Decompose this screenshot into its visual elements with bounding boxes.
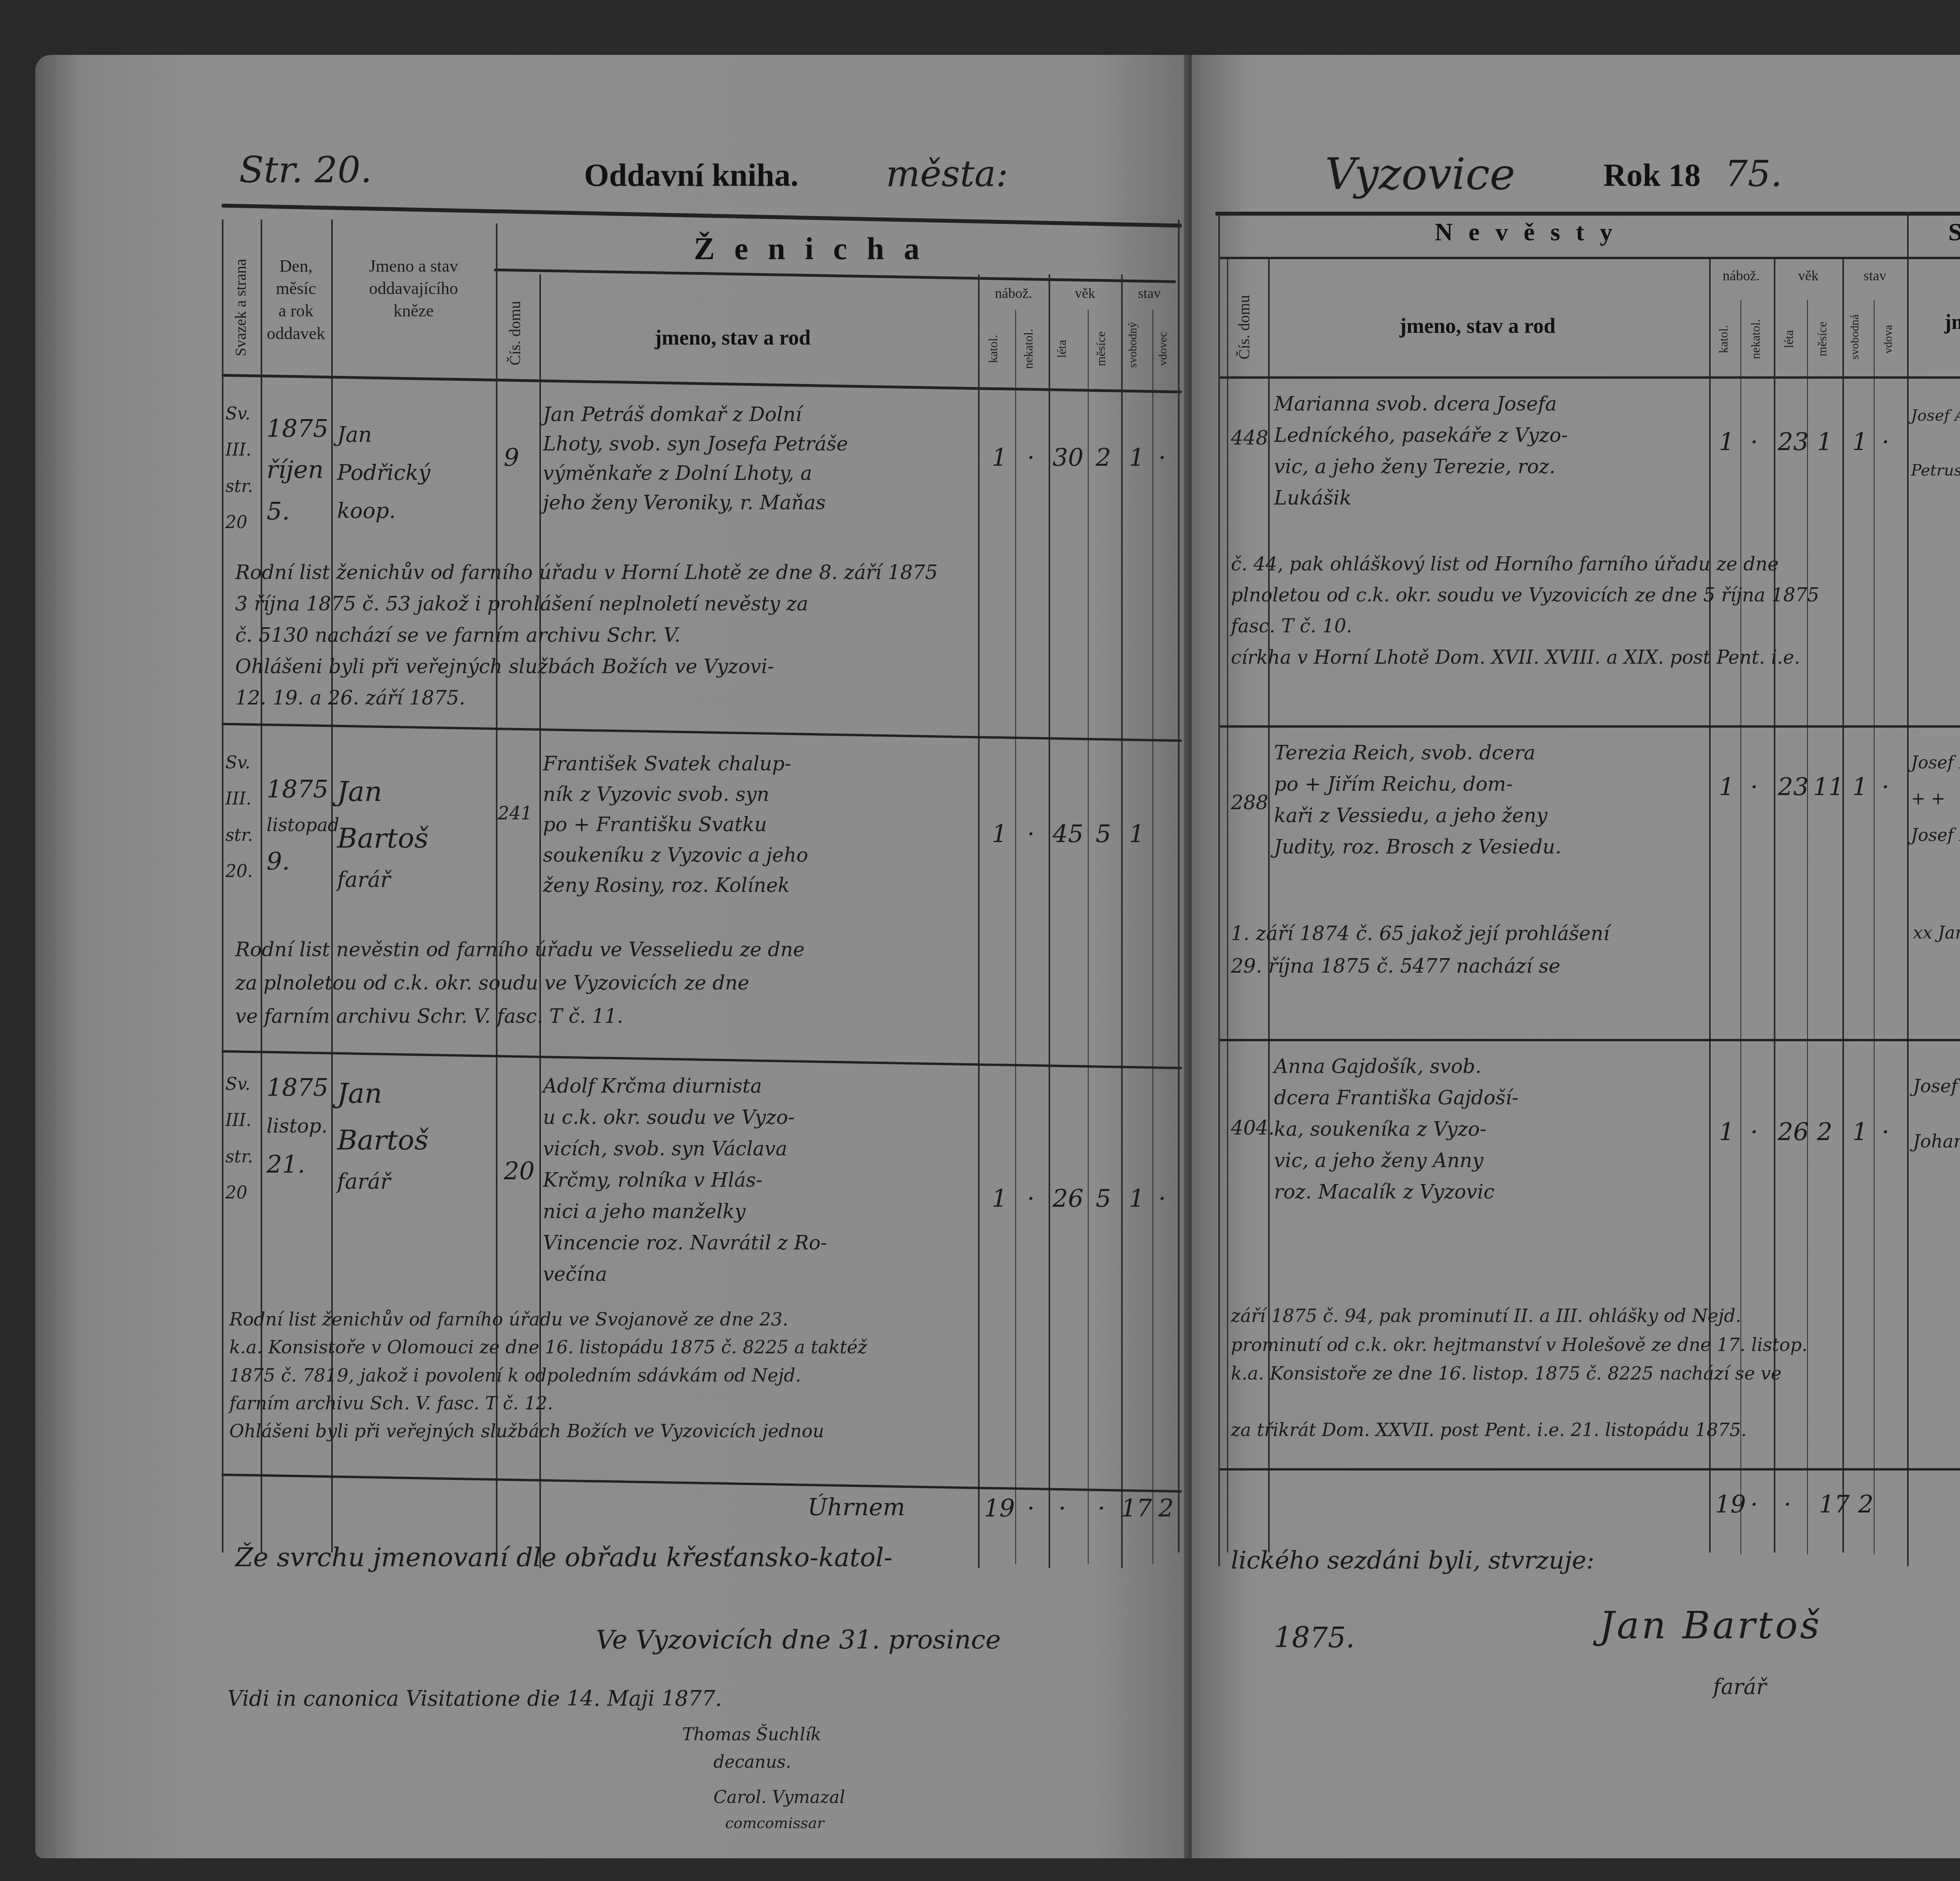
note-line: farním archivu Sch. V. fasc. T č. 12. (229, 1389, 867, 1417)
header-line: a rok (263, 300, 329, 322)
priest-line: Jan (337, 768, 428, 815)
totals-leta: · (1058, 1490, 1066, 1526)
record-3-mesice: 5 (1096, 1180, 1111, 1216)
record-3-leta: 26 (1053, 1180, 1083, 1216)
note-line: prominutí od c.k. okr. hejtmanství v Hol… (1231, 1331, 1808, 1360)
col-header-vdova: vdova (1882, 306, 1895, 372)
header-line: oddavajícího (333, 277, 494, 300)
record-3-groom: Adolf Krčma diurnista u c.k. okr. soudu … (543, 1070, 827, 1290)
bride-line: po + Jiřím Reichu, dom- (1274, 768, 1561, 800)
record-divider (1219, 1039, 1960, 1041)
date-line: 5. (267, 490, 328, 532)
col-header-katol: katol. (1716, 306, 1731, 372)
record-1-notes: Rodní list ženichův od farního úřadu v H… (235, 557, 938, 714)
priest-line: Jan (337, 1070, 428, 1117)
bride-3-vdova: · (1882, 1113, 1889, 1150)
bride-line: vic, a jeho ženy Anny (1274, 1145, 1518, 1176)
col-header-nekatol: nekatol. (1021, 318, 1036, 380)
note-line: fasc. T č. 10. (1231, 611, 1819, 642)
visitation-cosigner: Carol. Vymazal (713, 1784, 845, 1811)
svazek-line: str. (225, 817, 253, 853)
note-line: září 1875 č. 94, pak prominutí II. a III… (1231, 1302, 1808, 1331)
col-header-age: věk (1775, 267, 1842, 285)
groom-header: Ženicha (694, 231, 939, 267)
bride-3-svobodna: 1 (1852, 1113, 1867, 1150)
record-1-svobodny: 1 (1129, 439, 1144, 476)
priest-line: Bartoš (337, 815, 428, 862)
bride-line: Lukášik (1274, 482, 1568, 514)
header-line: kněze (333, 300, 494, 322)
col-line (1874, 300, 1875, 1554)
note-line: č. 5130 nachází se ve farním archivu Sch… (235, 619, 938, 651)
witness-name: Josef Angelly (1911, 400, 1960, 431)
col-header-vdovec: vdovec (1156, 318, 1170, 380)
col-header-religion: nábož. (979, 284, 1048, 303)
svazek-line: 20 (225, 1175, 253, 1211)
bride-2-vdova: · (1882, 768, 1889, 805)
date-line: 1875 (267, 768, 339, 810)
note-line: č. 44, pak ohláškový list od Horního far… (1231, 549, 1819, 580)
groom-line: ník z Vyzovic svob. syn (543, 779, 808, 810)
register-title-handwritten: města: (886, 153, 1008, 195)
bride-header: Nevěsty (1435, 218, 1628, 247)
bride-line: Judity, roz. Brosch z Vesiedu. (1274, 831, 1561, 862)
page-reference: Str. 20. (239, 149, 372, 191)
visitation-note: Vidi in canonica Visitatione die 14. Maj… (227, 1682, 722, 1716)
totals-label: Úhrnem (808, 1490, 905, 1525)
priest-line: koop. (337, 492, 430, 530)
totals-mesice: 17 (1819, 1486, 1850, 1522)
bride-line: vic, a jeho ženy Terezie, roz. (1274, 451, 1568, 482)
bride-1-svobodna: 1 (1852, 423, 1867, 460)
col-line (1227, 259, 1228, 1552)
bride-3-name: Anna Gajdošík, svob. dcera Františka Gaj… (1274, 1051, 1518, 1207)
date-line: listopad (267, 810, 339, 840)
record-2-notes: Rodní list nevěstin od farního úřadu ve … (235, 933, 805, 1033)
record-1-leta: 30 (1053, 439, 1083, 476)
bride-3-leta: 26 (1778, 1113, 1809, 1150)
col-header-nekatol: nekatol. (1748, 306, 1763, 372)
col-header-status: stav (1122, 284, 1177, 303)
record-1-date: 1875 říjen 5. (267, 408, 328, 532)
bride-2-signature-note: xx Jan Podřický podpisatel. (1913, 917, 1960, 948)
note-line: plnoletou od c.k. okr. soudu ve Vyzovicí… (1231, 580, 1819, 611)
totals-vdovec: 2 (1158, 1490, 1174, 1526)
date-line: 9. (267, 841, 339, 882)
col-header-katol: katol. (986, 318, 1000, 380)
record-3-date: 1875 listop. 21. (267, 1066, 328, 1186)
col-header-mesice: měsíce (1815, 306, 1829, 372)
bride-1-vdova: · (1882, 423, 1889, 460)
bride-1-name: Marianna svob. dcera Josefa Ledníckého, … (1274, 388, 1568, 514)
col-header-religion: nábož. (1710, 267, 1773, 285)
bride-2-mesice: 11 (1813, 768, 1844, 805)
note-line: Rodní list ženichův od farního úřadu v H… (235, 557, 938, 588)
svazek-line: str. (225, 468, 253, 505)
place-name: Vyzovice (1325, 149, 1515, 199)
visitation-signer: Thomas Šuchlík (682, 1721, 821, 1748)
record-1-mesice: 2 (1096, 439, 1111, 476)
record-2-house: 241 (498, 800, 532, 827)
witness-name: Petrus Franziszak (1911, 455, 1960, 486)
date-line: listop. (267, 1109, 328, 1144)
record-3-katol: 1 (992, 1180, 1007, 1216)
totals-katol: 19 (984, 1490, 1015, 1526)
svazek-line: Sv. (225, 745, 253, 781)
record-3-notes: Rodní list ženichův od farního úřadu ve … (229, 1305, 867, 1445)
totals-nekatol: · (1750, 1486, 1758, 1522)
header-line: Jmeno a stav (333, 255, 494, 277)
col-header-svobodny: svobodný (1126, 310, 1140, 380)
date-line: 21. (267, 1143, 328, 1186)
witness-name: Johann Svornal (1913, 1122, 1960, 1161)
record-3-svobodny: 1 (1129, 1180, 1144, 1216)
svazek-line: III. (225, 781, 253, 817)
bride-1-nekatol: · (1750, 423, 1758, 460)
bride-line: Terezia Reich, svob. dcera (1274, 737, 1561, 768)
bride-2-witnesses: Josef Mikala + + + Josef Maršena (1911, 745, 1960, 853)
priest-line: farář (337, 862, 428, 898)
svazek-line: Sv. (225, 1066, 253, 1102)
col-header-svobodna: svobodná (1848, 302, 1862, 372)
totals-leta: · (1784, 1486, 1791, 1522)
groom-line: Vincencie roz. Navrátil z Ro- (543, 1227, 827, 1258)
bride-line: kaři z Vessiedu, a jeho ženy (1274, 800, 1561, 831)
header-line: Den, měsíc (263, 255, 329, 300)
record-2-leta: 45 (1053, 815, 1083, 852)
note-line: za třikrát Dom. XXVII. post Pent. i.e. 2… (1231, 1416, 1808, 1445)
col-header-age: věk (1050, 284, 1120, 303)
col-header-leta: léta (1054, 318, 1069, 380)
groom-line: jeho ženy Veroniky, r. Maňas (543, 488, 848, 517)
note-line: 12. 19. a 26. září 1875. (235, 682, 938, 714)
totals-mesice: · (1098, 1490, 1105, 1526)
totals-svobodny: 17 (1121, 1490, 1152, 1526)
note-line: 1. září 1874 č. 65 jakož její prohlášení (1231, 917, 1610, 950)
note-line: Rodní list ženichův od farního úřadu ve … (229, 1305, 867, 1333)
groom-line: po + Františku Svatku (543, 810, 808, 840)
record-2-svobodny: 1 (1129, 815, 1144, 852)
record-divider (1219, 1468, 1960, 1471)
col-header-status: stav (1844, 267, 1906, 285)
year-label: Rok 18 (1603, 157, 1700, 194)
visitation-signer-title: decanus. (713, 1748, 791, 1776)
bride-3-nekatol: · (1750, 1113, 1758, 1150)
bride-2-name: Terezia Reich, svob. dcera po + Jiřím Re… (1274, 737, 1561, 862)
col-header-house: Čís. domu (1235, 282, 1253, 372)
table-top-rule (1215, 212, 1960, 216)
record-2-katol: 1 (992, 815, 1007, 852)
priest-line: Podřický (337, 454, 430, 492)
bride-2-house: 288 (1231, 788, 1268, 817)
record-1-katol: 1 (992, 439, 1007, 476)
col-line (222, 220, 223, 1552)
groom-line: Lhoty, svob. syn Josefa Petráše (543, 429, 848, 459)
priest-line: farář (337, 1164, 428, 1200)
bride-line: Ledníckého, pasekáře z Vyzo- (1274, 419, 1568, 451)
priest-signature-title: farář (1713, 1670, 1766, 1704)
groom-line: vicích, svob. syn Václava (543, 1133, 827, 1164)
date-line: 1875 (267, 1066, 328, 1109)
record-1-groom: Jan Petráš domkař z Dolní Lhoty, svob. s… (543, 400, 848, 517)
note-line: Rodní list nevěstin od farního úřadu ve … (235, 933, 805, 966)
bride-2-svobodna: 1 (1852, 768, 1867, 805)
svazek-line: Sv. (225, 396, 253, 432)
register-title: Oddavní kniha. (584, 157, 799, 194)
groom-line: u c.k. okr. soudu ve Vyzo- (543, 1102, 827, 1133)
groom-line: Adolf Krčma diurnista (543, 1070, 827, 1102)
col-header-house: Čís. domu (506, 290, 524, 376)
groom-line: nici a jeho manželky (543, 1196, 827, 1227)
col-header-witness-name: jmeno (1944, 310, 1960, 334)
note-line: Ohlášeni byli při veřejných službách Bož… (235, 651, 938, 682)
note-line: 3 října 1875 č. 53 jakož i prohlášení ne… (235, 588, 938, 619)
date-line: 1875 (267, 408, 328, 449)
col-line (1152, 310, 1153, 1564)
totals-svobodna: 2 (1858, 1486, 1873, 1522)
bride-3-witnesses: Josef Zofia Johann Svornal (1913, 1066, 1960, 1161)
witness-header: Svědkův (1948, 218, 1960, 247)
record-3-priest: Jan Bartoš farář (337, 1070, 428, 1200)
record-3-nekatol: · (1027, 1180, 1035, 1216)
record-3-house: 20 (504, 1153, 535, 1189)
record-3-svazek: Sv. III. str. 20 (225, 1066, 253, 1211)
col-line (1842, 259, 1844, 1552)
header-line: oddavek (263, 322, 329, 345)
col-line (1121, 274, 1123, 1568)
bride-1-house: 448 (1231, 423, 1268, 453)
book-spread: Str. 20. Oddavní kniha. města: Ženicha S… (0, 0, 1960, 1881)
col-line (1907, 214, 1909, 1566)
col-header-leta: léta (1782, 306, 1796, 372)
bride-line: roz. Macalík z Vyzovic (1274, 1176, 1518, 1207)
svazek-line: III. (225, 432, 253, 468)
col-line (1218, 214, 1220, 1566)
note-line: církha v Horní Lhotě Dom. XVII. XVIII. a… (1231, 642, 1819, 673)
record-1-nekatol: · (1027, 439, 1035, 476)
note-line: ve farním archivu Schr. V. fasc. T č. 11… (235, 1000, 805, 1033)
groom-line: výměnkaře z Dolní Lhoty, a (543, 459, 848, 488)
priest-line: Jan (337, 416, 430, 454)
record-1-priest: Jan Podřický koop. (337, 416, 430, 530)
totals-nekatol: · (1027, 1490, 1035, 1526)
bride-3-notes: září 1875 č. 94, pak prominutí II. a III… (1231, 1302, 1808, 1444)
record-divider (1219, 725, 1960, 728)
bride-2-notes: 1. září 1874 č. 65 jakož její prohlášení… (1231, 917, 1610, 982)
svazek-line: III. (225, 1102, 253, 1138)
svazek-line: str. (225, 1139, 253, 1175)
closing-date-left: Ve Vyzovicích dne 31. prosince (596, 1619, 1001, 1661)
note-line: k.a. Konsistoře v Olomouci ze dne 16. li… (229, 1333, 867, 1361)
col-header-name: jmeno, stav a rod (655, 325, 811, 350)
bride-2-katol: 1 (1719, 768, 1734, 805)
bride-1-witnesses: Josef Angelly Petrus Franziszak (1911, 400, 1960, 486)
record-2-priest: Jan Bartoš farář (337, 768, 428, 898)
record-1-house: 9 (504, 439, 519, 476)
bride-line: Marianna svob. dcera Josefa (1274, 388, 1568, 419)
note-line: 29. října 1875 č. 5477 nachází se (1231, 950, 1610, 982)
record-3-vdovec: · (1158, 1180, 1166, 1216)
bride-3-katol: 1 (1719, 1113, 1734, 1150)
visitation-cosigner-title: comcomissar (725, 1811, 824, 1835)
bride-1-leta: 23 (1778, 423, 1809, 460)
note-line: k.a. Konsistoře ze dne 16. listop. 1875 … (1231, 1359, 1808, 1388)
witness-name: Josef Zofia (1913, 1066, 1960, 1106)
bride-2-leta: 23 (1778, 768, 1809, 805)
note-line: za plnoletou od c.k. okr. soudu ve Vyzov… (235, 966, 805, 1000)
note-line: Ohlášeni byli při veřejných službách Bož… (229, 1417, 867, 1445)
record-2-date: 1875 listopad 9. (267, 768, 339, 882)
bride-2-nekatol: · (1750, 768, 1758, 805)
bride-line: dcera Františka Gajdoší- (1274, 1082, 1518, 1113)
groom-line: večína (543, 1258, 827, 1290)
groom-line: ženy Rosiny, roz. Kolínek (543, 870, 808, 901)
col-line (1015, 310, 1016, 1564)
bride-header-rule (1219, 257, 1960, 259)
record-2-svazek: Sv. III. str. 20. (225, 745, 253, 890)
closing-statement-left: Že svrchu jmenovaní dle obřadu křesťansk… (235, 1537, 893, 1578)
record-2-mesice: 5 (1096, 815, 1111, 852)
totals-katol: 19 (1715, 1486, 1746, 1522)
col-line (1088, 310, 1089, 1564)
col-header-name: jmeno, stav a rod (1399, 314, 1555, 338)
bride-1-mesice: 1 (1817, 423, 1832, 460)
record-2-nekatol: · (1027, 815, 1035, 852)
col-line (978, 274, 980, 1568)
priest-line: Bartoš (337, 1117, 428, 1164)
note-line: 1875 č. 7819, jakož i povolení k odpoled… (229, 1362, 867, 1389)
col-line (1049, 274, 1050, 1568)
svazek-line: 20 (225, 505, 253, 541)
bride-1-katol: 1 (1719, 423, 1734, 460)
closing-year: 1875. (1274, 1615, 1355, 1660)
groom-line: soukeníku z Vyzovic a jeho (543, 840, 808, 871)
groom-line: Krčmy, rolníka v Hlás- (543, 1164, 827, 1196)
col-header-date: Den, měsíc a rok oddavek (263, 255, 329, 345)
col-line (1178, 220, 1180, 1552)
bride-3-mesice: 2 (1817, 1113, 1832, 1150)
svazek-line: 20. (225, 853, 253, 890)
col-header-priest: Jmeno a stav oddavajícího kněze (333, 255, 494, 322)
record-1-vdovec: · (1158, 439, 1166, 476)
bride-1-notes: č. 44, pak ohláškový list od Horního far… (1231, 549, 1819, 673)
header-bottom-rule (1219, 376, 1960, 379)
groom-line: Jan Petráš domkař z Dolní (543, 400, 848, 429)
bride-3-house: 404. (1231, 1113, 1274, 1143)
witness-name: Josef Mikala + + + (1911, 745, 1960, 817)
groom-line: František Svatek chalup- (543, 749, 808, 779)
col-header-svazek: Svazek a strana (231, 243, 250, 372)
year-handwritten: 75. (1725, 153, 1782, 195)
record-2-groom: František Svatek chalup- ník z Vyzovic s… (543, 749, 808, 901)
priest-signature: Jan Bartoš (1599, 1596, 1822, 1656)
witness-name: Josef Maršena (1911, 817, 1960, 853)
record-1-svazek: Sv. III. str. 20 (225, 396, 253, 541)
bride-line: Anna Gajdošík, svob. (1274, 1051, 1518, 1082)
closing-statement-right: lického sezdáni byli, stvrzuje: (1231, 1541, 1595, 1580)
col-header-mesice: měsíce (1094, 318, 1108, 380)
date-line: říjen (267, 449, 328, 490)
bride-line: ka, soukeníka z Vyzo- (1274, 1113, 1518, 1145)
